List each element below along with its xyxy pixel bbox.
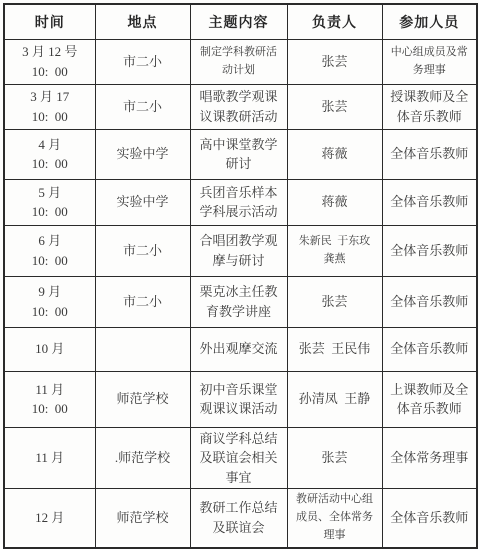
cell-lead: 张芸 王民伟	[287, 327, 382, 371]
cell-time: 5 月 10: 00	[4, 179, 95, 225]
cell-location: 师范学校	[95, 489, 190, 548]
table-row: 9 月 10: 00 市二小 栗克冰主任教 育教学讲座 张芸 全体音乐教师	[4, 276, 477, 327]
table-row: 12 月 师范学校 教研工作总结 及联谊会 教研活动中心组 成员、全体常务 理事…	[4, 489, 477, 548]
cell-subject: 教研工作总结 及联谊会	[190, 489, 287, 548]
header-cell-subject: 主题内容	[190, 4, 287, 39]
cell-participants: 全体音乐教师	[382, 276, 477, 327]
cell-lead: 张芸	[287, 39, 382, 84]
cell-subject: 兵团音乐样本 学科展示活动	[190, 179, 287, 225]
cell-location: 市二小	[95, 39, 190, 84]
cell-location: 市二小	[95, 276, 190, 327]
cell-lead: 蒋薇	[287, 179, 382, 225]
cell-location: 师范学校	[95, 371, 190, 427]
cell-participants: 全体音乐教师	[382, 327, 477, 371]
table-row: 3 月 17 10: 00 市二小 唱歌教学观课 议课教研活动 张芸 授课教师及…	[4, 84, 477, 129]
cell-lead: 蒋薇	[287, 129, 382, 179]
cell-lead: 朱新民 于东玫 龚燕	[287, 225, 382, 276]
cell-location: 实验中学	[95, 129, 190, 179]
table-row: 10 月 外出观摩交流 张芸 王民伟 全体音乐教师	[4, 327, 477, 371]
header-cell-participants: 参加人员	[382, 4, 477, 39]
table-header-row: 时间 地点 主题内容 负责人 参加人员	[4, 4, 477, 39]
cell-location: 市二小	[95, 84, 190, 129]
cell-time: 10 月	[4, 327, 95, 371]
cell-location	[95, 327, 190, 371]
cell-subject: 合唱团教学观 摩与研讨	[190, 225, 287, 276]
cell-participants: 全体音乐教师	[382, 129, 477, 179]
cell-subject: 唱歌教学观课 议课教研活动	[190, 84, 287, 129]
cell-lead: 张芸	[287, 276, 382, 327]
table-row: 11 月 10: 00 师范学校 初中音乐课堂 观课议课活动 孙清凤 王静 上课…	[4, 371, 477, 427]
table-row: 5 月 10: 00 实验中学 兵团音乐样本 学科展示活动 蒋薇 全体音乐教师	[4, 179, 477, 225]
schedule-table: 时间 地点 主题内容 负责人 参加人员 3 月 12 号 10: 00 市二小 …	[3, 3, 478, 549]
cell-time: 6 月 10: 00	[4, 225, 95, 276]
cell-lead: 教研活动中心组 成员、全体常务 理事	[287, 489, 382, 548]
cell-subject: 栗克冰主任教 育教学讲座	[190, 276, 287, 327]
table-row: 6 月 10: 00 市二小 合唱团教学观 摩与研讨 朱新民 于东玫 龚燕 全体…	[4, 225, 477, 276]
header-cell-lead: 负责人	[287, 4, 382, 39]
cell-time: 3 月 12 号 10: 00	[4, 39, 95, 84]
cell-time: 9 月 10: 00	[4, 276, 95, 327]
table-row: 3 月 12 号 10: 00 市二小 制定学科教研活 动计划 张芸 中心组成员…	[4, 39, 477, 84]
cell-participants: 全体音乐教师	[382, 489, 477, 548]
cell-subject: 商议学科总结 及联谊会相关 事宜	[190, 427, 287, 489]
cell-participants: 中心组成员及常 务理事	[382, 39, 477, 84]
cell-subject: 高中课堂教学 研讨	[190, 129, 287, 179]
cell-participants: 授课教师及全 体音乐教师	[382, 84, 477, 129]
cell-time: 11 月 10: 00	[4, 371, 95, 427]
cell-lead: 张芸	[287, 427, 382, 489]
header-cell-time: 时间	[4, 4, 95, 39]
cell-lead: 张芸	[287, 84, 382, 129]
cell-location: 市二小	[95, 225, 190, 276]
cell-time: 4 月 10: 00	[4, 129, 95, 179]
cell-time: 12 月	[4, 489, 95, 548]
cell-lead: 孙清凤 王静	[287, 371, 382, 427]
cell-participants: 全体音乐教师	[382, 225, 477, 276]
header-cell-location: 地点	[95, 4, 190, 39]
cell-subject: 外出观摩交流	[190, 327, 287, 371]
cell-location: 实验中学	[95, 179, 190, 225]
cell-location: .师范学校	[95, 427, 190, 489]
cell-time: 11 月	[4, 427, 95, 489]
table-row: 11 月 .师范学校 商议学科总结 及联谊会相关 事宜 张芸 全体常务理事	[4, 427, 477, 489]
cell-subject: 初中音乐课堂 观课议课活动	[190, 371, 287, 427]
cell-participants: 全体常务理事	[382, 427, 477, 489]
table-row: 4 月 10: 00 实验中学 高中课堂教学 研讨 蒋薇 全体音乐教师	[4, 129, 477, 179]
cell-time: 3 月 17 10: 00	[4, 84, 95, 129]
cell-participants: 全体音乐教师	[382, 179, 477, 225]
scanned-document-page: 时间 地点 主题内容 负责人 参加人员 3 月 12 号 10: 00 市二小 …	[0, 0, 479, 544]
cell-subject: 制定学科教研活 动计划	[190, 39, 287, 84]
cell-participants: 上课教师及全 体音乐教师	[382, 371, 477, 427]
